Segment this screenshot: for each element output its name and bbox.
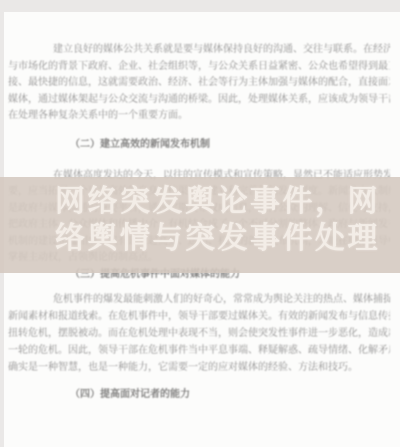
paragraph-line: 危机事件的爆发最能刺激人们的好奇心，常常成为舆论关注的热点、媒体捕捉的最佳 xyxy=(8,292,390,309)
paragraph-line: 一轮的危机。因此，领导干部在危机事件当中平息事端、释疑解惑、疏导情绪、化解矛盾 xyxy=(8,343,390,360)
paragraph-line: 媒体，通过媒体架起与公众交流与沟通的桥梁。因此，处理媒体关系，应该成为领导干部 xyxy=(8,92,390,109)
paragraph-line: 建立良好的媒体公共关系就是要与媒体保持良好的沟通、交往与联系。在经济全球化 xyxy=(8,42,390,59)
paragraph-line: 接、最快捷的信息，这就需要政治、经济、社会等行为主体加强与媒体的配合，直接面对 xyxy=(8,75,390,92)
paragraph-line: 确实是一种智慧，也是一种能力，它需要一定的应对媒体的经验、方法和技巧。 xyxy=(8,360,390,377)
section-heading-2: （二）建立高效的新闻发布机制 xyxy=(8,137,390,152)
paragraph-line: 与市场化的背景下政府、企业、社会组织等，与公众关系日益紧密、公众也希望得到最直 xyxy=(8,59,390,76)
title-overlay-banner: 网络突发舆论事件，网 络舆情与突发事件处理 xyxy=(0,177,400,273)
paragraph-line: 扭转危机，摆脱被动。而在危机处理中表现不当，则会使突发性事件进一步恶化，造成新 xyxy=(8,326,390,343)
overlay-title: 网络突发舆论事件，网 络舆情与突发事件处理 xyxy=(0,177,400,257)
overlay-title-line-1: 网络突发舆论事件，网 xyxy=(55,184,400,221)
paragraph-media-relations: 建立良好的媒体公共关系就是要与媒体保持良好的沟通、交往与联系。在经济全球化 与市… xyxy=(8,42,390,125)
section-heading-4: （四）提高面对记者的能力 xyxy=(8,387,390,402)
paragraph-crisis-media: 危机事件的爆发最能刺激人们的好奇心，常常成为舆论关注的热点、媒体捕捉的最佳 新闻… xyxy=(8,292,390,376)
paragraph-line: 新闻素材和报道线索。在危机事件中，领导干部要过媒体关。有效的新闻发布与信息传播， xyxy=(8,309,390,326)
paragraph-line: 在处理各种复杂关系中的一个重要方面。 xyxy=(8,108,390,125)
overlay-title-line-2: 络舆情与突发事件处理 xyxy=(55,221,400,258)
article-preview: 建立良好的媒体公共关系就是要与媒体保持良好的沟通、交往与联系。在经济全球化 与市… xyxy=(0,0,400,447)
